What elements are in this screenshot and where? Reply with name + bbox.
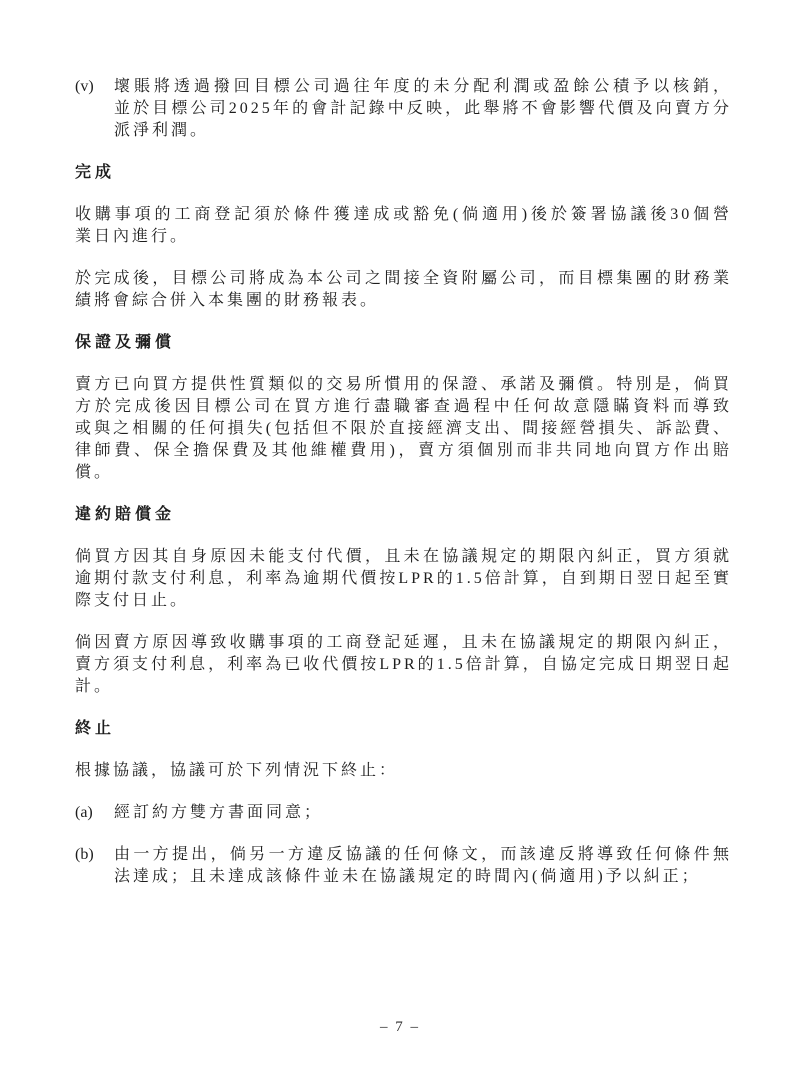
text-line: 由一方提出，倘另一方違反協議的任何條文，而該違反將導致任何條件無 <box>114 844 732 866</box>
text-line: 並於目標公司2025年的會計記錄中反映，此舉將不會影響代價及向賣方分 <box>114 98 732 120</box>
text-line: 根據協議，協議可於下列情況下終止： <box>75 760 732 782</box>
text-line: 績將會綜合併入本集團的財務報表。 <box>75 290 732 312</box>
paragraph-registration: 收購事項的工商登記須於條件獲達成或豁免(倘適用)後於簽署協議後30個營 業日內進… <box>75 204 732 248</box>
list-item-v: (v) 壞賬將透過撥回目標公司過往年度的未分配利潤或盈餘公積予以核銷， 並於目標… <box>75 76 732 142</box>
paragraph-seller-default: 倘因賣方原因導致收購事項的工商登記延遲，且未在協議規定的期限內糾正， 賣方須支付… <box>75 632 732 698</box>
paragraph-buyer-default: 倘買方因其自身原因未能支付代價，且未在協議規定的期限內糾正，買方須就 逾期付款支… <box>75 546 732 612</box>
text-line: 逾期付款支付利息，利率為逾期代價按LPR的1.5倍計算，自到期日翌日起至實 <box>75 568 732 590</box>
list-item-text: 經訂約方雙方書面同意； <box>114 802 732 824</box>
text-line: 經訂約方雙方書面同意； <box>114 802 732 824</box>
text-line: 律師費、保全擔保費及其他維權費用)，賣方須個別而非共同地向買方作出賠 <box>75 440 732 462</box>
text-line: 法達成；且未達成該條件並未在協議規定的時間內(倘適用)予以糾正； <box>114 866 732 888</box>
text-line: 壞賬將透過撥回目標公司過往年度的未分配利潤或盈餘公積予以核銷， <box>114 76 732 98</box>
text-line: 於完成後，目標公司將成為本公司之間接全資附屬公司，而目標集團的財務業 <box>75 268 732 290</box>
section-heading-warranty: 保證及彌償 <box>75 332 732 354</box>
text-line: 方於完成後因目標公司在買方進行盡職審查過程中任何故意隱瞞資料而導致 <box>75 396 732 418</box>
text-line: 際支付日止。 <box>75 590 732 612</box>
text-line: 倘買方因其自身原因未能支付代價，且未在協議規定的期限內糾正，買方須就 <box>75 546 732 568</box>
list-item-label: (b) <box>75 844 114 888</box>
paragraph-subsidiary: 於完成後，目標公司將成為本公司之間接全資附屬公司，而目標集團的財務業 績將會綜合… <box>75 268 732 312</box>
section-heading-termination: 終止 <box>75 718 732 740</box>
section-heading-liquidated-damages: 違約賠償金 <box>75 504 732 526</box>
document-body: (v) 壞賬將透過撥回目標公司過往年度的未分配利潤或盈餘公積予以核銷， 並於目標… <box>75 76 732 888</box>
text-line: 計。 <box>75 676 732 698</box>
text-line: 倘因賣方原因導致收購事項的工商登記延遲，且未在協議規定的期限內糾正， <box>75 632 732 654</box>
paragraph-warranty: 賣方已向買方提供性質類似的交易所慣用的保證、承諾及彌償。特別是，倘買 方於完成後… <box>75 374 732 484</box>
list-item-text: 壞賬將透過撥回目標公司過往年度的未分配利潤或盈餘公積予以核銷， 並於目標公司20… <box>114 76 732 142</box>
list-item-label: (a) <box>75 802 114 824</box>
text-line: 賣方已向買方提供性質類似的交易所慣用的保證、承諾及彌償。特別是，倘買 <box>75 374 732 396</box>
document-page: (v) 壞賬將透過撥回目標公司過往年度的未分配利潤或盈餘公積予以核銷， 並於目標… <box>0 0 800 1066</box>
list-item-a: (a) 經訂約方雙方書面同意； <box>75 802 732 824</box>
text-line: 賣方須支付利息，利率為已收代價按LPR的1.5倍計算，自協定完成日期翌日起 <box>75 654 732 676</box>
text-line: 派淨利潤。 <box>114 120 732 142</box>
list-item-label: (v) <box>75 76 114 142</box>
list-item-b: (b) 由一方提出，倘另一方違反協議的任何條文，而該違反將導致任何條件無 法達成… <box>75 844 732 888</box>
paragraph-termination-intro: 根據協議，協議可於下列情況下終止： <box>75 760 732 782</box>
text-line: 業日內進行。 <box>75 226 732 248</box>
page-number: – 7 – <box>0 1019 800 1036</box>
text-line: 或與之相關的任何損失(包括但不限於直接經濟支出、間接經營損失、訴訟費、 <box>75 418 732 440</box>
text-line: 償。 <box>75 462 732 484</box>
text-line: 收購事項的工商登記須於條件獲達成或豁免(倘適用)後於簽署協議後30個營 <box>75 204 732 226</box>
list-item-text: 由一方提出，倘另一方違反協議的任何條文，而該違反將導致任何條件無 法達成；且未達… <box>114 844 732 888</box>
section-heading-completion: 完成 <box>75 162 732 184</box>
